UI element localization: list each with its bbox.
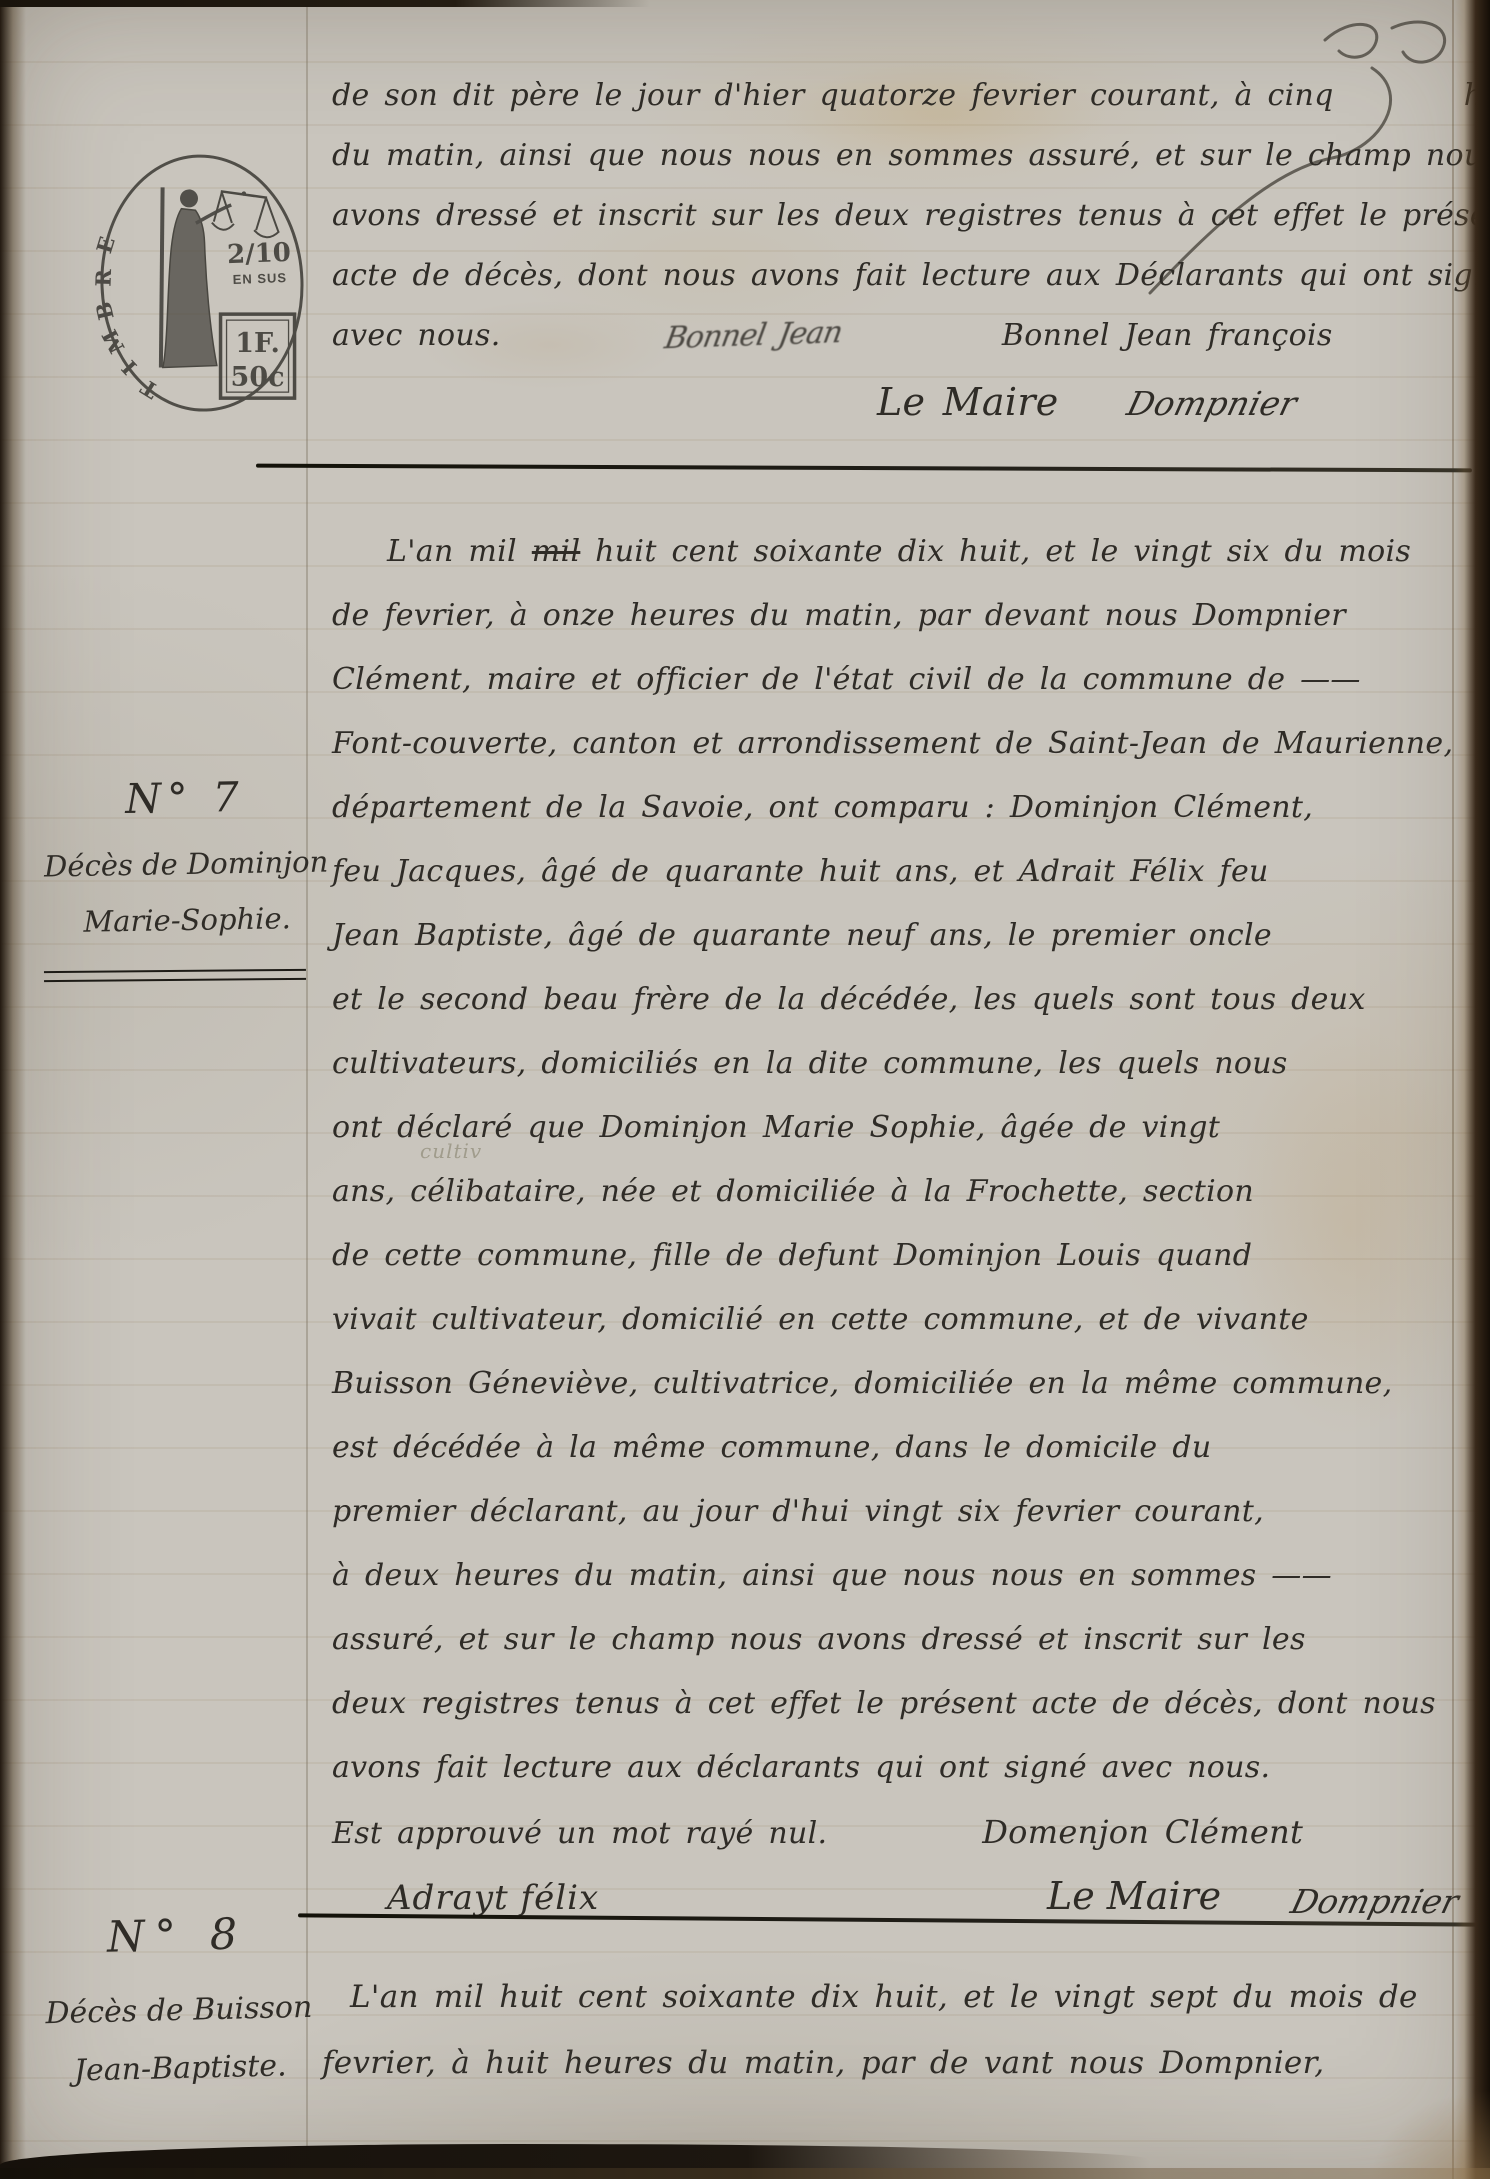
interline-annotation: cultiv	[420, 1141, 482, 1161]
stamp-timbre-label: T I M B R E	[88, 231, 164, 405]
stamp-letter: T	[136, 374, 163, 404]
text-line: Clément, maire et officier de l'état civ…	[332, 648, 1484, 712]
approval-note: Est approuvé un mot rayé nul.	[332, 1816, 827, 1851]
text-line: L'an mil huit cent soixante dix huit, et…	[322, 1964, 1482, 2030]
text-line: est décédée à la même commune, dans le d…	[332, 1416, 1484, 1480]
text-line-part: huit cent soixante dix huit, et le vingt…	[580, 534, 1411, 569]
text-line: deux registres tenus à cet effet le prés…	[332, 1672, 1484, 1736]
margin-note-underline	[44, 969, 306, 982]
text-line-part: heures	[1464, 78, 1490, 113]
stamp-letter: B	[90, 299, 118, 322]
register-page-scan: T I M B R E 2/10 EN SUS 1F. 50	[0, 0, 1490, 2179]
struck-word: mil	[532, 534, 581, 569]
binding-edge	[0, 0, 26, 2179]
text-line-part: L'an mil	[387, 534, 532, 569]
text-line-part: ans, célibataire, née et domiciliée à la…	[332, 1174, 1254, 1209]
stamp-letter: R	[90, 268, 116, 287]
act7-entry: L'an mil mil huit cent soixante dix huit…	[332, 520, 1484, 1954]
page-edge	[0, 0, 650, 7]
text-line-part: de son dit père le jour d'hier quatorze …	[332, 78, 1334, 113]
mayor-title: Le Maire	[877, 380, 1059, 424]
margin-note-line: Décès de Buisson	[26, 1978, 332, 2043]
approval-row: Est approuvé un mot rayé nul. Domenjon C…	[332, 1800, 1484, 1864]
mayor-signature-row: Le Maire Dompnier	[332, 366, 1477, 438]
text-line: ont déclaré que Dominjon Marie Sophie, â…	[332, 1096, 1484, 1160]
text-line: de fevrier, à onze heures du matin, par …	[332, 584, 1484, 648]
act-number: N° 8	[24, 1886, 331, 1985]
witness-signature: Bonnel Jean françois	[1002, 318, 1333, 353]
mayor-title: Le Maire	[1047, 1874, 1221, 1918]
page-edge	[0, 2144, 1150, 2179]
mayor-signature: Dompnier	[1119, 368, 1305, 440]
stamp-letter: E	[91, 234, 120, 257]
scales-icon	[211, 189, 280, 239]
margin-note-line: Marie-Sophie.	[37, 889, 338, 950]
text-line: L'an mil mil huit cent soixante dix huit…	[332, 520, 1484, 584]
text-line: de son dit père le jour d'hier quatorze …	[332, 66, 1477, 126]
stamp-letter: I	[117, 355, 142, 379]
stamp-letter: M	[97, 325, 130, 357]
declarant-signature: Adrayt félix	[387, 1878, 599, 1918]
act6-entry-end: de son dit père le jour d'hier quatorze …	[332, 66, 1477, 438]
text-line: fevrier, à huit heures du matin, par de …	[322, 2030, 1482, 2096]
text-line: avons fait lecture aux déclarants qui on…	[332, 1736, 1484, 1800]
text-line: et le second beau frère de la décédée, l…	[332, 968, 1484, 1032]
text-line: de cette commune, fille de defunt Dominj…	[332, 1224, 1484, 1288]
declarant-signature: Domenjon Clément	[982, 1813, 1303, 1851]
text-line: acte de décès, dont nous avons fait lect…	[332, 246, 1477, 306]
closing-words: avec nous.	[332, 318, 501, 353]
margin-note-line: Jean-Baptiste.	[27, 2036, 333, 2101]
page-corner-shadow	[1370, 2090, 1490, 2179]
witness-signature: Bonnel Jean	[660, 303, 847, 370]
stamp-value-franc: 1F.	[235, 328, 280, 359]
mayor-signature: Dompnier	[1287, 1882, 1463, 1921]
text-line: vivait cultivateur, domicilié en cette c…	[332, 1288, 1484, 1352]
stamp-value-cent: 50c	[231, 362, 285, 393]
text-line: feu Jacques, âgé de quarante huit ans, e…	[332, 840, 1484, 904]
text-line: Font-couverte, canton et arrondissement …	[332, 712, 1484, 776]
margin-note-act8: N° 8 Décès de Buisson Jean-Baptiste.	[24, 1886, 334, 2101]
text-line: avons dressé et inscrit sur les deux reg…	[332, 186, 1477, 246]
signature-row: Adrayt félix Le Maire Dompnier	[332, 1864, 1484, 1954]
stamp-fraction: 2/10	[227, 238, 292, 270]
signature-row: avec nous. Bonnel Jean Bonnel Jean franç…	[332, 306, 1477, 366]
act-number: N° 7	[34, 757, 335, 838]
margin-note-line: Décès de Dominjon	[36, 833, 337, 894]
margin-note-act7: N° 7 Décès de Dominjon Marie-Sophie.	[34, 757, 337, 950]
text-line: cultivateurs, domiciliés en la dite comm…	[332, 1032, 1484, 1096]
text-line: assuré, et sur le champ nous avons dress…	[332, 1608, 1484, 1672]
stamp-surcharge: EN SUS	[232, 270, 287, 287]
justice-figure-icon	[155, 185, 237, 368]
text-line: premier déclarant, au jour d'hui vingt s…	[332, 1480, 1484, 1544]
act8-entry-start: L'an mil huit cent soixante dix huit, et…	[322, 1964, 1482, 2096]
page-edge-shadow	[0, 2168, 1490, 2179]
text-line: département de la Savoie, ont comparu : …	[332, 776, 1484, 840]
text-line: cultiv ans, célibataire, née et domicili…	[332, 1160, 1484, 1224]
text-line: à deux heures du matin, ainsi que nous n…	[332, 1544, 1484, 1608]
text-line: du matin, ainsi que nous nous en sommes …	[332, 126, 1477, 186]
text-line: Buisson Géneviève, cultivatrice, domicil…	[332, 1352, 1484, 1416]
act-divider-rule	[256, 464, 1472, 473]
text-line: Jean Baptiste, âgé de quarante neuf ans,…	[332, 904, 1484, 968]
revenue-stamp: T I M B R E 2/10 EN SUS 1F. 50	[87, 144, 318, 424]
